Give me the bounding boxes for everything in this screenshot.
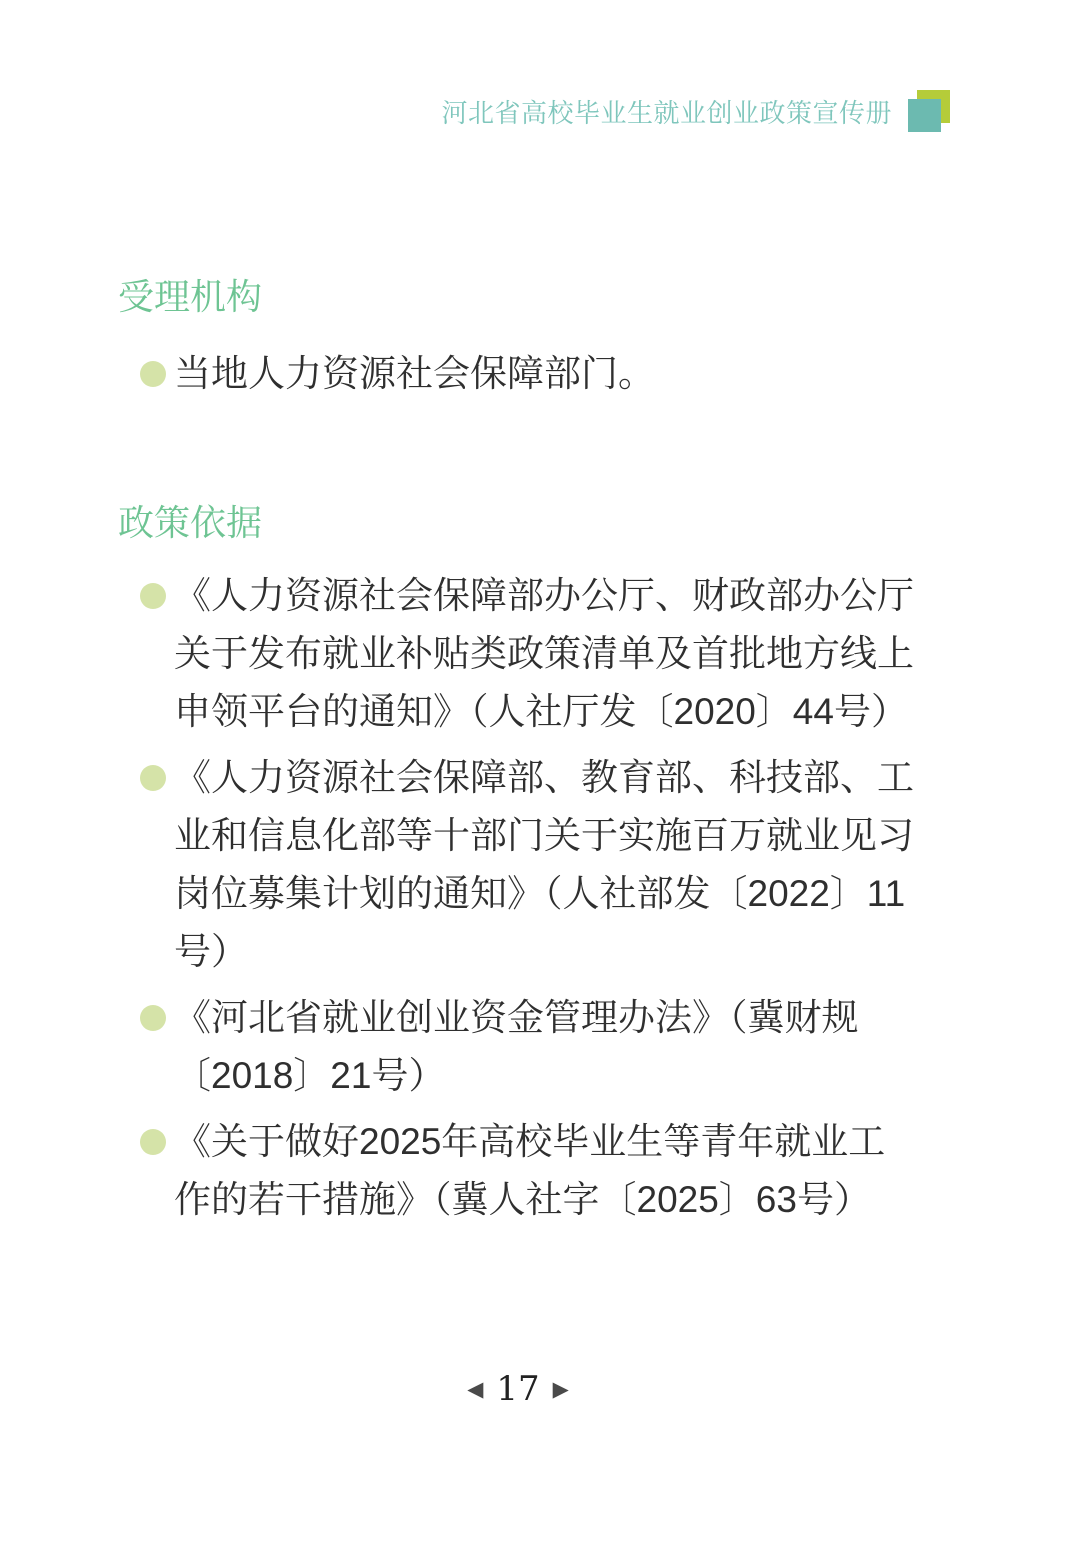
list-item: 当地人力资源社会保障部门。 [118, 345, 919, 403]
next-page-icon[interactable]: ▶ [553, 1379, 569, 1400]
list-item-text: 《人力资源社会保障部、教育部、科技部、工业和信息化部等十部门关于实施百万就业见习… [174, 749, 919, 981]
policy-basis-list: 《人力资源社会保障部办公厅、财政部办公厅关于发布就业补贴类政策清单及首批地方线上… [118, 567, 919, 1229]
list-item: 《河北省就业创业资金管理办法》（冀财规〔2018〕21号） [118, 989, 919, 1105]
brochure-page: 河北省高校毕业生就业创业政策宣传册 受理机构 当地人力资源社会保障部门。 政策依… [0, 0, 1080, 1546]
page-content: 受理机构 当地人力资源社会保障部门。 政策依据 《人力资源社会保障部办公厅、财政… [118, 0, 919, 1237]
bullet-dot-icon [140, 1129, 166, 1155]
page-number: 17 [496, 1372, 539, 1406]
list-item-text: 《人力资源社会保障部办公厅、财政部办公厅关于发布就业补贴类政策清单及首批地方线上… [174, 567, 919, 741]
prev-page-icon[interactable]: ◀ [467, 1379, 483, 1400]
section-heading-accepting-agency: 受理机构 [118, 276, 919, 318]
bullet-dot-icon [140, 361, 166, 387]
list-item-text: 《关于做好2025年高校毕业生等青年就业工作的若干措施》（冀人社字〔2025〕6… [174, 1113, 919, 1229]
bullet-dot-icon [140, 1005, 166, 1031]
bullet-dot-icon [140, 583, 166, 609]
list-item-text: 当地人力资源社会保障部门。 [174, 345, 919, 403]
section-heading-policy-basis: 政策依据 [118, 502, 919, 544]
accepting-agency-list: 当地人力资源社会保障部门。 [118, 345, 919, 403]
list-item: 《人力资源社会保障部办公厅、财政部办公厅关于发布就业补贴类政策清单及首批地方线上… [118, 567, 919, 741]
list-item: 《人力资源社会保障部、教育部、科技部、工业和信息化部等十部门关于实施百万就业见习… [118, 749, 919, 981]
bullet-dot-icon [140, 765, 166, 791]
pagination: ◀ 17 ▶ [0, 1372, 1080, 1406]
list-item: 《关于做好2025年高校毕业生等青年就业工作的若干措施》（冀人社字〔2025〕6… [118, 1113, 919, 1229]
list-item-text: 《河北省就业创业资金管理办法》（冀财规〔2018〕21号） [174, 989, 919, 1105]
